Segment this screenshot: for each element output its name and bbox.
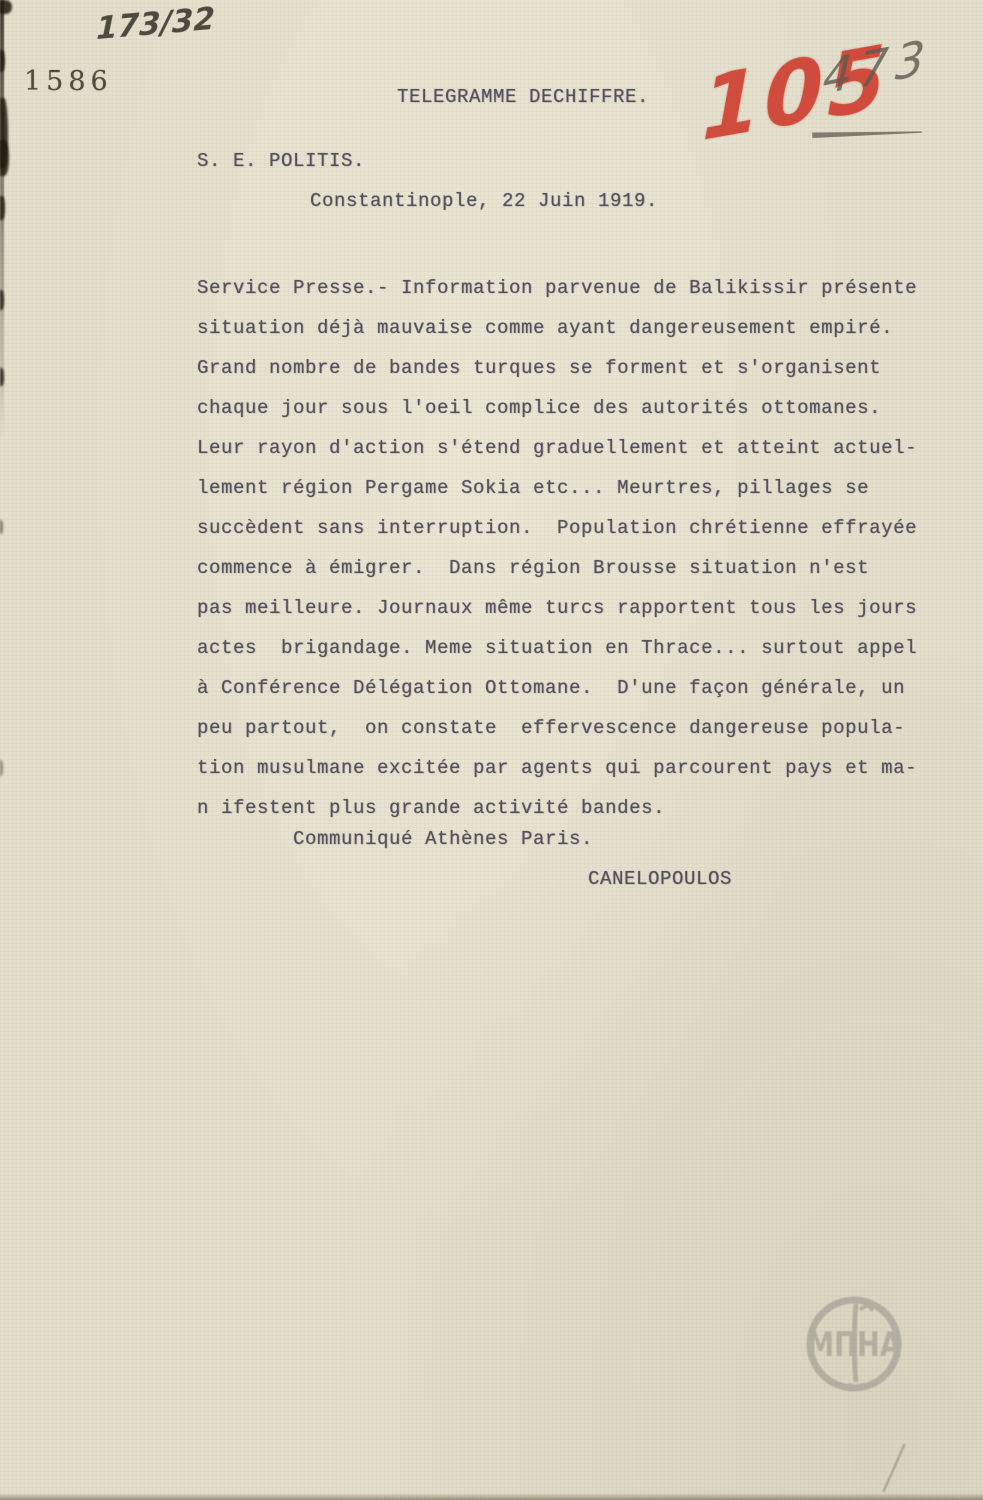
scan-edge-mark (0, 0, 12, 14)
scan-edge-mark (0, 760, 3, 776)
handwritten-reference-number: 173/32 (96, 1, 215, 48)
document-title: TELEGRAMME DECHIFFRE. (397, 86, 649, 108)
body-line: peu partout, on constate effervescence d… (197, 708, 942, 748)
dateline: Constantinople, 22 Juin 1919. (310, 190, 658, 212)
bottom-scan-edge-artifact (0, 1493, 983, 1500)
body-line: actes brigandage. Meme situation en Thra… (197, 628, 942, 668)
watermark-monogram: ΜΠΗΑ (807, 1325, 902, 1365)
body-line: commence à émigrer. Dans région Brousse … (197, 548, 942, 588)
body-line: Leur rayon d'action s'étend graduellemen… (197, 428, 942, 468)
scan-edge-mark (0, 140, 9, 176)
archive-seal-watermark-icon: ΜΠΗΑ (804, 1290, 904, 1398)
body-line: à Conférence Délégation Ottomane. D'une … (197, 668, 942, 708)
body-line: pas meilleure. Journaux même turcs rappo… (197, 588, 942, 628)
body-line: Grand nombre de bandes turques se formen… (197, 348, 942, 388)
scan-edge-mark (0, 50, 5, 72)
body-line: lement région Pergame Sokia etc... Meurt… (197, 468, 942, 508)
body-line: succèdent sans interruption. Population … (197, 508, 942, 548)
folio-number-stamp: 1586 (24, 66, 113, 97)
body-line: n ifestent plus grande activité bandes. (197, 788, 942, 828)
telegram-scan-page: 173/32 1586 105 473 TELEGRAMME DECHIFFRE… (0, 0, 983, 1500)
body-line: chaque jour sous l'oeil complice des aut… (197, 388, 942, 428)
scan-edge-mark (0, 368, 4, 386)
closing-line: Communiqué Athènes Paris. (293, 828, 593, 850)
paper-crease-mark (883, 1444, 906, 1492)
recipient-line: S. E. POLITIS. (197, 150, 365, 172)
scan-edge-mark (0, 520, 3, 534)
body-line: situation déjà mauvaise comme ayant dang… (197, 308, 942, 348)
body-line: Service Presse.- Information parvenue de… (197, 268, 942, 308)
scan-edge-mark (0, 196, 5, 220)
signature: CANELOPOULOS (588, 868, 732, 890)
scan-edge-mark (0, 290, 4, 310)
telegram-body: Service Presse.- Information parvenue de… (197, 268, 942, 828)
body-line: tion musulmane excitée par agents qui pa… (197, 748, 942, 788)
